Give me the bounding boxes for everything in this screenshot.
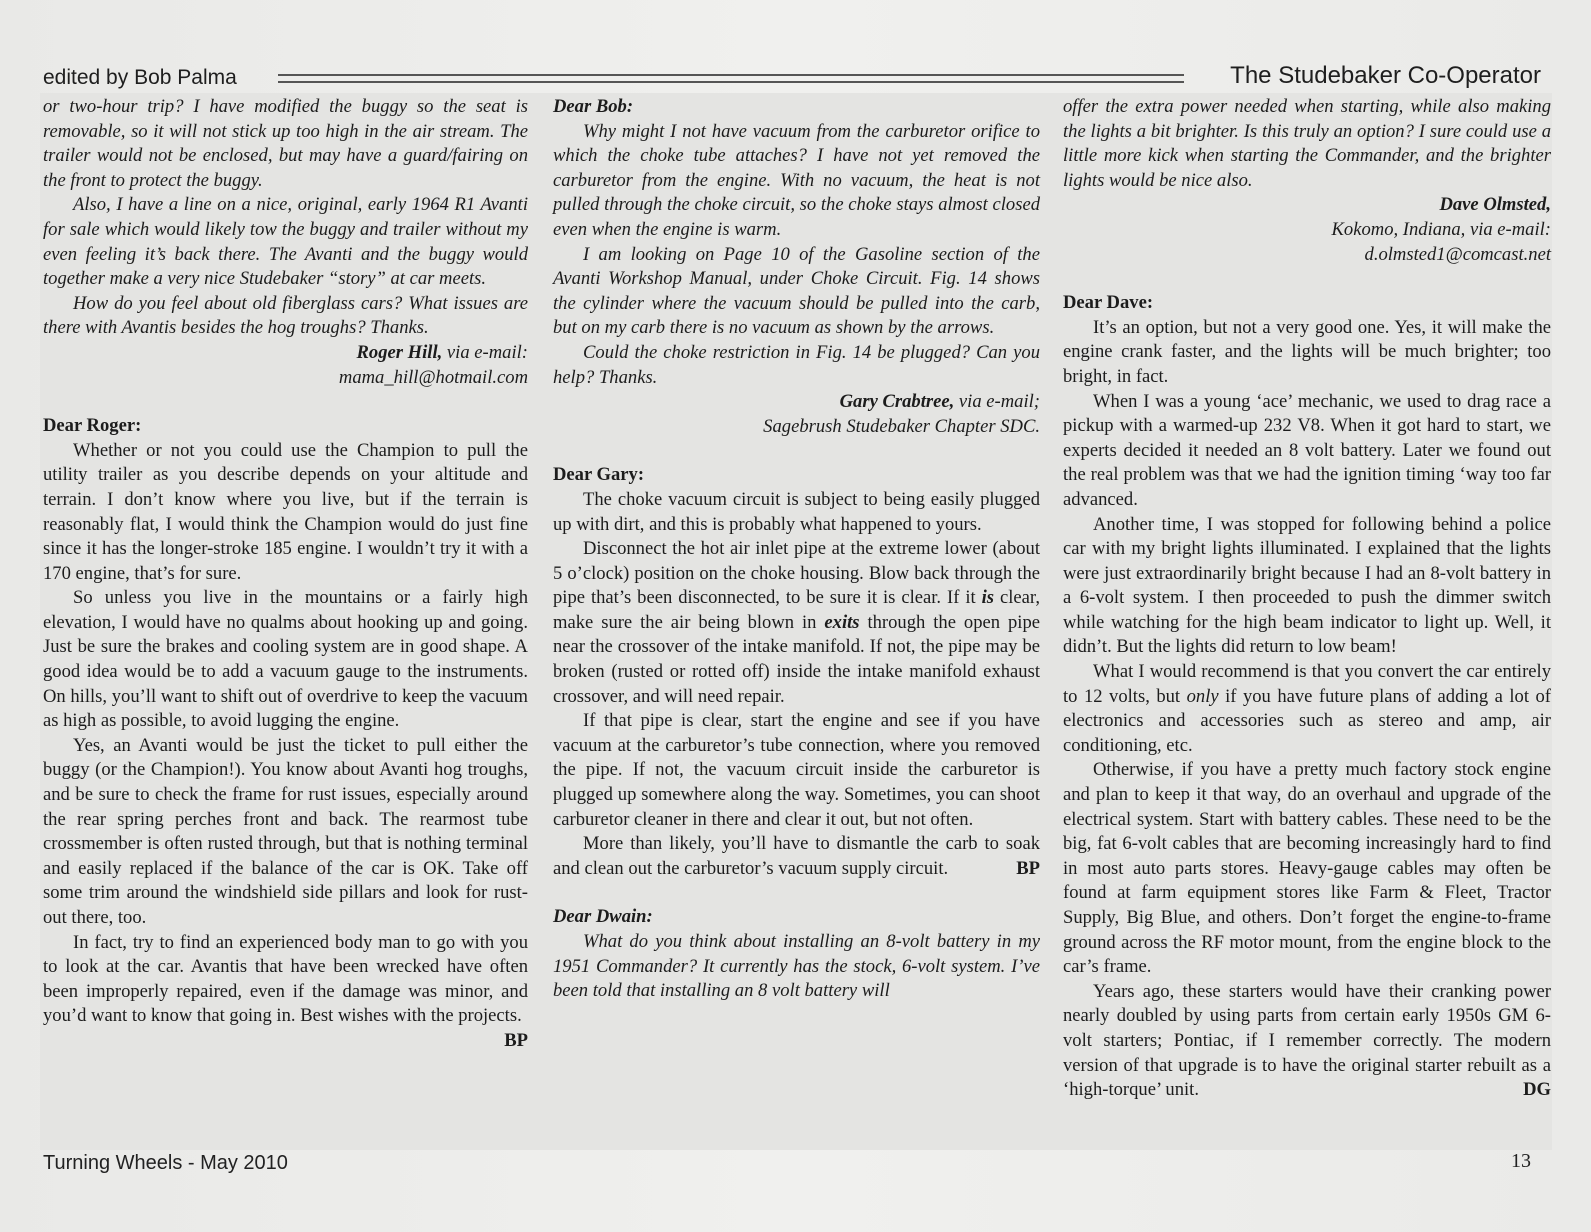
signer-email: d.olmsted1@comcast.net xyxy=(1063,243,1551,268)
reply-salutation: Dear Dave: xyxy=(1063,291,1551,316)
reply-paragraph: If that pipe is clear, start the engine … xyxy=(553,709,1040,832)
reply-paragraph: What I would recommend is that you conve… xyxy=(1063,660,1551,758)
letter-paragraph: Also, I have a line on a nice, original,… xyxy=(43,193,528,291)
letter-signature: Gary Crabtree, via e-mail; xyxy=(553,390,1040,415)
column-title: The Studebaker Co-Operator xyxy=(1230,62,1541,90)
editor-initials: DG xyxy=(1493,1078,1551,1103)
editor-initials: BP xyxy=(986,857,1040,882)
letter-signature: Dave Olmsted, xyxy=(1063,193,1551,218)
signer-location: Kokomo, Indiana, via e-mail: xyxy=(1063,218,1551,243)
column-1: or two-hour trip? I have modified the bu… xyxy=(43,95,528,1054)
reply-paragraph: Whether or not you could use the Champio… xyxy=(43,439,528,587)
signer-email: mama_hill@hotmail.com xyxy=(43,366,528,391)
letter-paragraph: How do you feel about old fiberglass car… xyxy=(43,292,528,341)
signer-name: Roger Hill, xyxy=(357,342,443,363)
reply-paragraph: The choke vacuum circuit is subject to b… xyxy=(553,488,1040,537)
reply-paragraph: So unless you live in the mountains or a… xyxy=(43,586,528,734)
column-3: offer the extra power needed when starti… xyxy=(1063,95,1551,1103)
reply-paragraph: More than likely, you’ll have to dismant… xyxy=(553,832,1040,881)
reply-paragraph: When I was a young ‘ace’ mechanic, we us… xyxy=(1063,390,1551,513)
reply-salutation: Dear Gary: xyxy=(553,463,1040,488)
reply-paragraph: It’s an option, but not a very good one.… xyxy=(1063,316,1551,390)
signer-name: Dave Olmsted, xyxy=(1439,194,1551,215)
reply-paragraph: Years ago, these starters would have the… xyxy=(1063,980,1551,1103)
reply-salutation: Dear Roger: xyxy=(43,414,528,439)
letter-salutation: Dear Bob: xyxy=(553,95,1040,120)
reply-paragraph: In fact, try to find an experienced body… xyxy=(43,931,528,1029)
letter-paragraph: Why might I not have vacuum from the car… xyxy=(553,120,1040,243)
signer-organization: Sagebrush Studebaker Chapter SDC. xyxy=(553,415,1040,440)
publication-footer: Turning Wheels - May 2010 xyxy=(43,1152,288,1175)
reply-paragraph: Otherwise, if you have a pretty much fac… xyxy=(1063,758,1551,979)
letter-salutation: Dear Dwain: xyxy=(553,905,1040,930)
signer-name: Gary Crabtree, xyxy=(840,391,955,412)
header-double-rule xyxy=(278,74,1184,83)
letter-paragraph: Could the choke restriction in Fig. 14 b… xyxy=(553,341,1040,390)
letter-paragraph: or two-hour trip? I have modified the bu… xyxy=(43,95,528,193)
letter-signature: Roger Hill, via e-mail: xyxy=(43,341,528,366)
editor-initials: BP xyxy=(474,1029,528,1054)
letter-paragraph: offer the extra power needed when starti… xyxy=(1063,95,1551,193)
page-number: 13 xyxy=(1511,1150,1531,1173)
column-editor-credit: edited by Bob Palma xyxy=(43,66,237,90)
reply-paragraph: Yes, an Avanti would be just the ticket … xyxy=(43,734,528,931)
reply-paragraph: Disconnect the hot air inlet pipe at the… xyxy=(553,537,1040,709)
column-2: Dear Bob: Why might I not have vacuum fr… xyxy=(553,95,1040,1004)
reply-paragraph: Another time, I was stopped for followin… xyxy=(1063,513,1551,661)
letter-paragraph: I am looking on Page 10 of the Gasoline … xyxy=(553,243,1040,341)
letter-paragraph: What do you think about installing an 8-… xyxy=(553,930,1040,1004)
